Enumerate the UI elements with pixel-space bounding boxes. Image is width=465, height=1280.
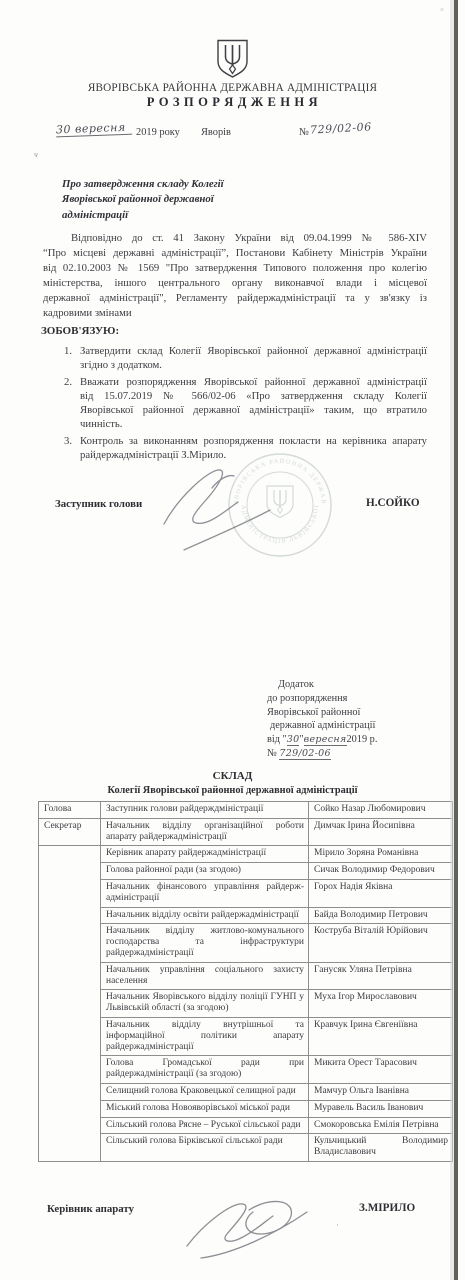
appendix-date-line: від "30"вересня2019 р.	[267, 733, 432, 747]
scan-edge-line	[454, 0, 458, 1280]
subject-line: адміністрації	[62, 208, 292, 223]
body-line: “Про місцеві державні адміністрації”, По…	[43, 246, 427, 261]
member-name-cell: Горох Надія Яківна	[309, 879, 453, 907]
table-row: Начальник управління соціального захисту…	[39, 962, 453, 990]
list-line: від 15.07.2019 № 566/02-06 «Про затвердж…	[80, 389, 427, 403]
list-marker: 1.	[64, 344, 72, 358]
list-line: Контроль за виконанням розпорядження пок…	[80, 434, 427, 448]
member-position-cell: Селищний голова Краковецької селищної ра…	[101, 1083, 309, 1100]
date-prefix: від "	[267, 734, 287, 745]
member-name-cell: Коструба Віталій Юрійович	[309, 924, 453, 962]
body-line: від 02.10.2003 № 1569 "Про затвердження …	[43, 261, 427, 276]
date-year: 2019 року	[136, 127, 180, 138]
appendix-line: державної адміністрації	[267, 719, 432, 733]
number-handwritten: 729/02-06	[310, 120, 372, 136]
table-row: Голова Заступник голови райдерждміністра…	[39, 802, 453, 819]
list-line: чинність.	[80, 417, 427, 431]
table-row: Начальник відділу житлово-комунального г…	[39, 924, 453, 962]
member-position-cell: Начальник відділу організаційної роботи …	[101, 818, 309, 846]
member-position-cell: Голова районної ради (за згодою)	[101, 863, 309, 880]
obligation-heading: ЗОБОВ'ЯЗУЮ:	[41, 325, 119, 337]
merged-empty-cell	[39, 846, 101, 1162]
member-position-cell: Начальник Яворівського відділу поліції Г…	[101, 990, 309, 1018]
appendix-line: до розпорядження	[267, 692, 432, 706]
table-row: Міський голова Новояворівської міської р…	[39, 1100, 453, 1117]
date-handwritten: 30 вересня	[56, 121, 132, 138]
member-name-cell: Сойко Назар Любомирович	[309, 802, 453, 819]
signer-title: Заступник голови	[55, 498, 142, 510]
member-name-cell: Мамчур Ольга Іванівна	[309, 1083, 453, 1100]
city-name: Яворів	[201, 127, 231, 138]
list-line: Затвердити склад Колегії Яворівської рай…	[80, 344, 427, 358]
member-position-cell: Сільський голова Бірківської сільської р…	[101, 1134, 309, 1162]
member-position-cell: Начальник відділу освіти райдержадмініст…	[101, 907, 309, 924]
date-day-handwritten: 30	[287, 734, 300, 746]
footer-signer-name: З.МІРИЛО	[359, 1202, 415, 1214]
table-row: Голова районної ради (за згодою) Сичак В…	[39, 863, 453, 880]
scan-speck: ×	[440, 6, 444, 14]
number-label: №	[267, 748, 277, 759]
table-row: Начальник відділу освіти райдержадмініст…	[39, 907, 453, 924]
list-marker: 3.	[64, 434, 72, 448]
table-row: Селищний голова Краковецької селищної ра…	[39, 1083, 453, 1100]
member-position-cell: Начальник відділу житлово-комунального г…	[101, 924, 309, 962]
member-position-cell: Начальник відділу внутрішньої та інформа…	[101, 1017, 309, 1055]
table-row: Начальник фінансового управління райдерж…	[39, 879, 453, 907]
body-paragraph: Відповідно до ст. 41 Закону України від …	[43, 231, 427, 321]
deputy-head-signature	[158, 460, 278, 555]
member-name-cell: Муха Ігор Мирославович	[309, 990, 453, 1018]
date-year: 2019 р.	[347, 734, 378, 745]
appendix-line: Додаток	[267, 678, 432, 692]
table-row: Керівник апарату райдержадміністрації Мі…	[39, 846, 453, 863]
table-row: Секретар Начальник відділу організаційно…	[39, 818, 453, 846]
table-row: Сільський голова Рясне – Руської сільськ…	[39, 1117, 453, 1134]
list-line: згідно з додатком.	[80, 358, 427, 372]
appendix-number-line: № 729/02-06	[267, 747, 432, 761]
apparatus-head-signature	[183, 1194, 313, 1266]
appendix-title-sub: Колегії Яворівської районної державної а…	[0, 785, 465, 796]
list-item: 2. Вважати розпорядження Яворівської рай…	[80, 375, 427, 431]
member-position-cell: Заступник голови райдерждміністрації	[101, 802, 309, 819]
member-position-cell: Голова Громадської ради при райдержадмін…	[101, 1056, 309, 1084]
member-name-cell: Кульчицький Володимир Владиславович	[309, 1134, 453, 1162]
member-name-cell: Байда Володимир Петрович	[309, 907, 453, 924]
subject-block: Про затвердження складу Колегії Яворівсь…	[62, 177, 292, 223]
member-name-cell: Димчак Ірина Йосипівна	[309, 818, 453, 846]
member-role-cell: Голова	[39, 802, 101, 819]
member-name-cell: Ганусяк Уляна Петрівна	[309, 962, 453, 990]
member-role-cell: Секретар	[39, 818, 101, 846]
appendix-header: Додаток до розпорядження Яворівської рай…	[267, 678, 432, 761]
member-name-cell: Муравель Василь Іванович	[309, 1100, 453, 1117]
appendix-title-main: СКЛАД	[0, 770, 465, 782]
list-line: Яворівської районної державної адміністр…	[80, 403, 427, 417]
table-row: Сільський голова Бірківської сільської р…	[39, 1134, 453, 1162]
member-name-cell: Микита Орест Тарасович	[309, 1056, 453, 1084]
table-row: Голова Громадської ради при райдержадмін…	[39, 1056, 453, 1084]
table-row: Начальник відділу внутрішньої та інформа…	[39, 1017, 453, 1055]
list-item: 1. Затвердити склад Колегії Яворівської …	[80, 344, 427, 372]
member-name-cell: Смокоровська Емілія Петрівна	[309, 1117, 453, 1134]
member-name-cell: Кравчук Ірина Євгеніївна	[309, 1017, 453, 1055]
list-marker: 2.	[64, 375, 72, 389]
ukraine-trident-emblem-icon	[216, 39, 249, 78]
table-row: Начальник Яворівського відділу поліції Г…	[39, 990, 453, 1018]
number-handwritten: 729/02-06	[279, 748, 330, 760]
subject-line: Яворівської районної державної	[62, 192, 292, 207]
org-name: ЯВОРІВСЬКА РАЙОННА ДЕРЖАВНА АДМІНІСТРАЦІ…	[0, 82, 465, 94]
member-position-cell: Міський голова Новояворівської міської р…	[101, 1100, 309, 1117]
list-line: Вважати розпорядження Яворівської районн…	[80, 375, 427, 389]
body-line: міністерства, іншого центрального органу…	[43, 276, 427, 291]
scan-speck: ·	[336, 1220, 339, 1230]
member-name-cell: Мірило Зоряна Романівна	[309, 846, 453, 863]
member-position-cell: Сільський голова Рясне – Руської сільськ…	[101, 1117, 309, 1134]
appendix-line: Яворівської районної	[267, 706, 432, 720]
body-line: Відповідно до ст. 41 Закону України від …	[43, 231, 427, 246]
subject-line: Про затвердження складу Колегії	[62, 177, 292, 192]
signer-name: Н.СОЙКО	[366, 497, 420, 509]
member-position-cell: Керівник апарату райдержадміністрації	[101, 846, 309, 863]
member-position-cell: Начальник управління соціального захисту…	[101, 962, 309, 990]
document-type-title: Р О З П О Р Я Д Ж Е Н Н Я	[0, 95, 465, 110]
footer-signer-title: Керівник апарату	[47, 1203, 134, 1215]
scan-speck: ч	[33, 150, 39, 160]
member-position-cell: Начальник фінансового управління райдерж…	[101, 879, 309, 907]
collegium-members-table: Голова Заступник голови райдерждміністра…	[38, 801, 453, 1162]
body-line: кадровими змінами	[43, 306, 427, 321]
number-label: №	[299, 127, 309, 138]
member-name-cell: Сичак Володимир Федорович	[309, 863, 453, 880]
date-month-handwritten: вересня	[304, 734, 347, 746]
obligation-list: 1. Затвердити склад Колегії Яворівської …	[80, 344, 427, 465]
body-line: державної адміністрації", Регламенту рай…	[43, 291, 427, 306]
